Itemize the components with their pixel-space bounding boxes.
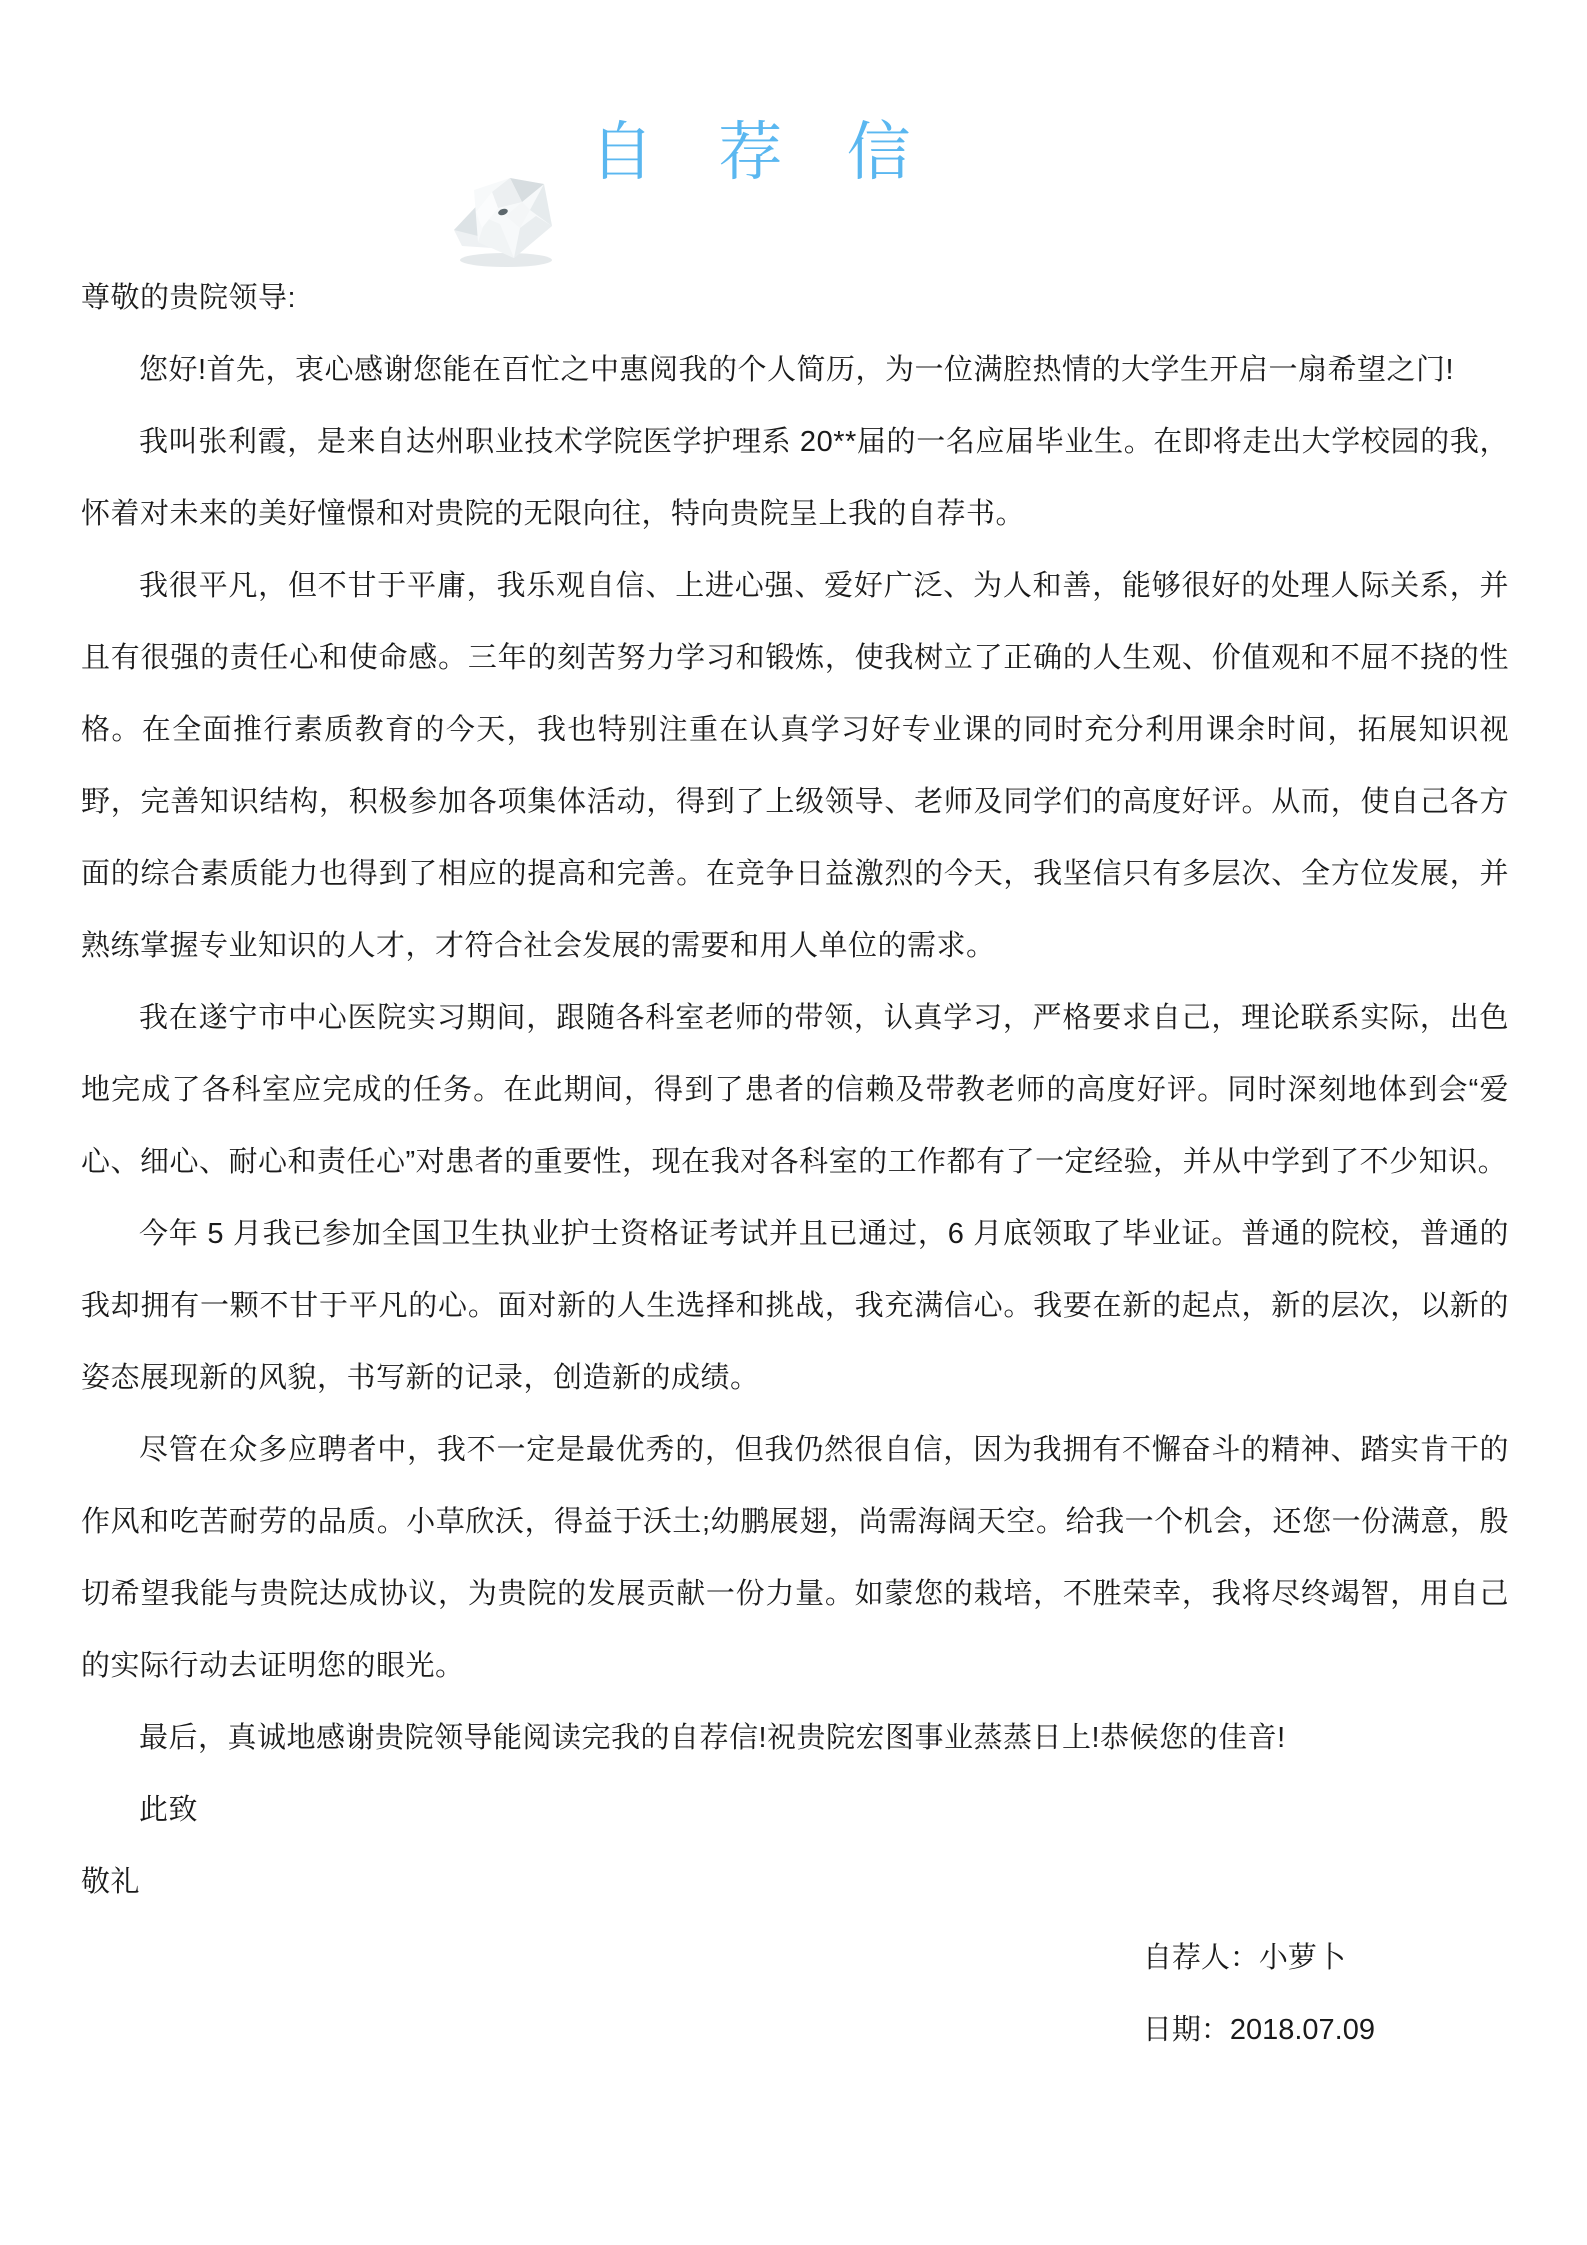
paragraph-2: 我叫张利霞，是来自达州职业技术学院医学护理系 20**届的一名应届毕业生。在即将… [81,406,1509,550]
paragraph-7: 最后，真诚地感谢贵院领导能阅读完我的自荐信!祝贵院宏图事业蒸蒸日上!恭候您的佳音… [81,1702,1509,1774]
resume-letter-page: 自 荐 信 尊敬的贵院领导: 您好!首先，衷心感谢您能在百忙之中惠阅我的个人简历… [0,0,1587,2245]
closing-jingli: 敬礼 [81,1846,1509,1918]
date-line: 日期：2018.07.09 [1143,1994,1375,2066]
paragraph-4: 我在遂宁市中心医院实习期间，跟随各科室老师的带领，认真学习，严格要求自己，理论联… [81,982,1509,1198]
paragraph-1: 您好!首先，衷心感谢您能在百忙之中惠阅我的个人简历，为一位满腔热情的大学生开启一… [81,334,1509,406]
page-title: 自 荐 信 [590,108,919,198]
letter-header: 自 荐 信 [0,0,1587,270]
signature-block: 自荐人：小萝卜 日期：2018.07.09 [1143,1922,1375,2066]
paragraph-5: 今年 5 月我已参加全国卫生执业护士资格证考试并且已通过，6 月底领取了毕业证。… [81,1198,1509,1414]
paragraph-3: 我很平凡，但不甘于平庸，我乐观自信、上进心强、爱好广泛、为人和善，能够很好的处理… [81,550,1509,982]
paragraph-6: 尽管在众多应聘者中，我不一定是最优秀的，但我仍然很自信，因为我拥有不懈奋斗的精神… [81,1414,1509,1702]
closing-cizhi: 此致 [81,1774,1509,1846]
salutation: 尊敬的贵院领导: [81,262,1509,334]
signer-line: 自荐人：小萝卜 [1143,1922,1375,1994]
paper-cap-image [448,168,560,268]
letter-body: 尊敬的贵院领导: 您好!首先，衷心感谢您能在百忙之中惠阅我的个人简历，为一位满腔… [81,262,1509,1918]
